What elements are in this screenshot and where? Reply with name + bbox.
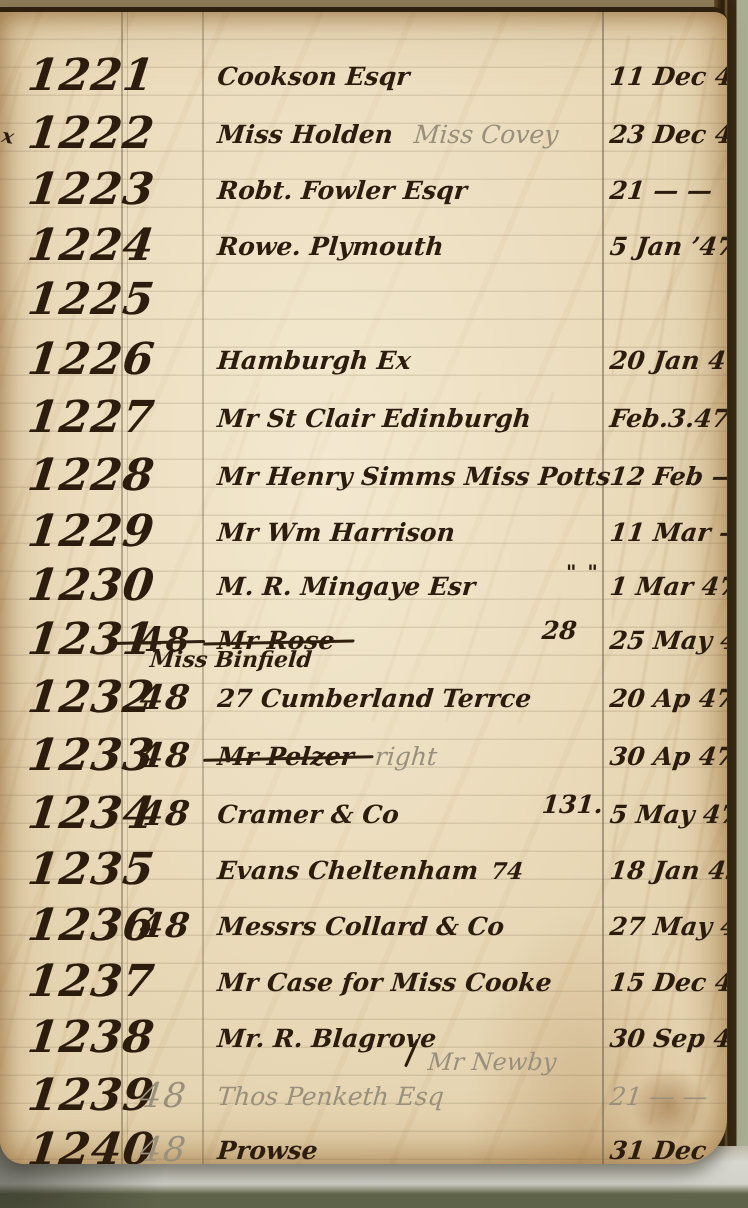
entry-name: 27 Cumberland Terrce <box>216 684 532 713</box>
entry-name: Cookson Esqr <box>216 62 411 91</box>
pencil-annotation: right <box>374 742 439 771</box>
entry-name-group: Mr Case for Miss Cooke <box>216 966 553 1000</box>
entry-number: 1229 <box>25 506 158 558</box>
entry-number: 1221 <box>25 50 158 102</box>
register-column-value: 48 <box>138 678 194 718</box>
register-column-value: 48 <box>138 1076 190 1116</box>
entry-name-group: Cramer & Co <box>216 798 400 832</box>
entry-number: 1224 <box>25 220 158 272</box>
entry-name-group: Robt. Fowler Esqr <box>216 174 469 208</box>
register-column-value: 48 <box>138 1130 190 1164</box>
entry-name: Hamburgh Ex <box>216 346 412 375</box>
entry-date: 11 Mar — <box>608 518 727 547</box>
entry-name-group: Mr. R. Blagrove <box>216 1022 438 1056</box>
ledger-row: 1238 Mr. R. Blagrove Mr Newby 30 Sep 46 <box>0 1012 727 1070</box>
entry-name: Prowse <box>216 1136 319 1164</box>
entry-date: 30 Ap 47 <box>608 742 727 771</box>
entry-name: Robt. Fowler Esqr <box>216 176 468 205</box>
entry-date: 5 Jan ’47 <box>608 232 727 261</box>
ledger-row: 1227 Mr St Clair Edinburgh Feb.3.47 <box>0 392 727 450</box>
ledger-row: 1232 48 27 Cumberland Terrce 20 Ap 47 <box>0 672 727 730</box>
entry-name: Evans Cheltenham <box>216 856 479 885</box>
entry-name: Cramer & Co <box>216 800 400 829</box>
entry-name-group: Miss Holden Miss Covey <box>216 118 560 152</box>
ledger-row: 1240 48 Prowse 31 Dec 46 <box>0 1124 727 1164</box>
entry-date: 15 Dec 46 <box>608 968 727 997</box>
entry-name-group: 27 Cumberland Terrce <box>216 682 533 716</box>
ledger-row: 1228 Mr Henry Simms Miss Potts 12 Feb — <box>0 450 727 508</box>
ledger-row: 1221 Cookson Esqr 11 Dec 46 <box>0 50 727 108</box>
entry-number: 1238 <box>25 1012 158 1064</box>
ledger-row: 1239 48 Thos Penketh Esq 21 — — <box>0 1070 727 1128</box>
entry-name: Mr Wm Harrison <box>216 518 456 547</box>
entry-name-group: Mr St Clair Edinburgh <box>216 402 532 436</box>
ledger-row: 1231 48 Mr Rose 28 Miss Binfield 25 May … <box>0 614 727 672</box>
margin-mark: x <box>0 123 16 149</box>
entry-name-group: Prowse <box>216 1134 319 1164</box>
entry-name: Thos Penketh Esq <box>216 1082 445 1111</box>
ledger-page: 1221 Cookson Esqr 11 Dec 46 x 1222 Miss … <box>0 7 727 1164</box>
register-column-value: 48 <box>138 736 194 776</box>
entry-name: Mr Henry Simms Miss Potts <box>216 462 611 491</box>
entry-name-group: Hamburgh Ex <box>216 344 412 378</box>
ledger-row: 1235 Evans Cheltenham 74 18 Jan 49 <box>0 844 727 902</box>
entry-name-group: Evans Cheltenham 74 <box>216 854 525 888</box>
entry-name: Mr. R. Blagrove <box>216 1024 437 1053</box>
ledger-row: 1237 Mr Case for Miss Cooke 15 Dec 46 <box>0 956 727 1014</box>
ledger-row: 1230 M. R. Mingaye Esr " " 1 Mar 47 <box>0 560 727 618</box>
register-column-value: 48 <box>138 906 194 946</box>
ledger-row: 1226 Hamburgh Ex 20 Jan 47 <box>0 334 727 392</box>
entry-name: Rowe. Plymouth <box>216 232 445 261</box>
ledger-row: 1236 48 Messrs Collard & Co 27 May 47 <box>0 900 727 958</box>
entry-name: Mr Case for Miss Cooke <box>216 968 553 997</box>
entry-number: 1235 <box>25 844 158 896</box>
entry-number: 1228 <box>25 450 158 502</box>
entry-date: 30 Sep 46 <box>608 1024 727 1053</box>
entry-name: Mr Pelzer <box>216 742 355 771</box>
ledger-row: 1229 Mr Wm Harrison 11 Mar — <box>0 506 727 564</box>
entry-name-group: Rowe. Plymouth <box>216 230 445 264</box>
margin-number: 131. <box>541 790 604 819</box>
entry-name-group: Thos Penketh Esq <box>216 1080 445 1114</box>
ledger-row: 1224 Rowe. Plymouth 5 Jan ’47 <box>0 220 727 278</box>
entry-date: 5 May 47 <box>608 800 727 829</box>
ledger-row: 1234 48 Cramer & Co 131. 5 May 47 <box>0 788 727 846</box>
entry-name-group: Mr Pelzer right <box>216 740 439 774</box>
entry-date: Feb.3.47 <box>608 404 727 433</box>
entry-number: 1227 <box>25 392 158 444</box>
ledger-row: 1223 Robt. Fowler Esqr 21 — — <box>0 164 727 222</box>
entry-name-group: Mr Wm Harrison <box>216 516 456 550</box>
entry-date: 21 — — <box>608 1082 709 1111</box>
entry-date: 27 May 47 <box>608 912 727 941</box>
entry-date: 31 Dec 46 <box>608 1136 727 1164</box>
entry-date: 11 Dec 46 <box>608 62 727 91</box>
entry-name: Mr St Clair Edinburgh <box>216 404 532 433</box>
entry-number: 1222 <box>25 108 158 160</box>
entry-date: 25 May 47 <box>608 626 727 655</box>
entry-name-group: Cookson Esqr <box>216 60 411 94</box>
entry-name: M. R. Mingaye Esr <box>216 572 476 601</box>
entry-date: 23 Dec 45 <box>608 120 727 149</box>
ledger-photo: 1221 Cookson Esqr 11 Dec 46 x 1222 Miss … <box>0 0 748 1208</box>
entry-date: 20 Ap 47 <box>608 684 727 713</box>
ledger-row: x 1222 Miss Holden Miss Covey 23 Dec 45 <box>0 108 727 166</box>
ledger-row: 1225 <box>0 274 727 332</box>
entry-number: 1231 <box>25 614 158 666</box>
entry-name-group: Mr Henry Simms Miss Potts <box>216 460 612 494</box>
replacement-name: Miss Binfield <box>149 647 313 673</box>
entry-date: 12 Feb — <box>608 462 727 491</box>
ditto-mark: " " <box>566 560 600 584</box>
ledger-row: 1233 48 Mr Pelzer right 30 Ap 47 <box>0 730 727 788</box>
entry-number: 1225 <box>25 274 158 326</box>
entry-number: 1230 <box>25 560 158 612</box>
entry-number: 1226 <box>25 334 158 386</box>
entry-date: 18 Jan 49 <box>608 856 727 885</box>
entry-name: Miss Holden <box>216 120 394 149</box>
entry-name-group: Messrs Collard & Co <box>216 910 506 944</box>
entry-number: 1237 <box>25 956 158 1008</box>
entry-date: 1 Mar 47 <box>608 572 727 601</box>
entry-name: Messrs Collard & Co <box>216 912 505 941</box>
register-column-value: 48 <box>138 794 194 834</box>
margin-number: 28 <box>541 616 578 645</box>
entry-number: 1240 <box>25 1124 158 1164</box>
pencil-annotation: Miss Covey <box>413 120 560 149</box>
entry-date: 21 — — <box>608 176 714 205</box>
entry-date: 20 Jan 47 <box>608 346 727 375</box>
entry-name-group: M. R. Mingaye Esr <box>216 570 477 604</box>
entry-number: 1223 <box>25 164 158 216</box>
inline-number: 74 <box>490 858 524 885</box>
